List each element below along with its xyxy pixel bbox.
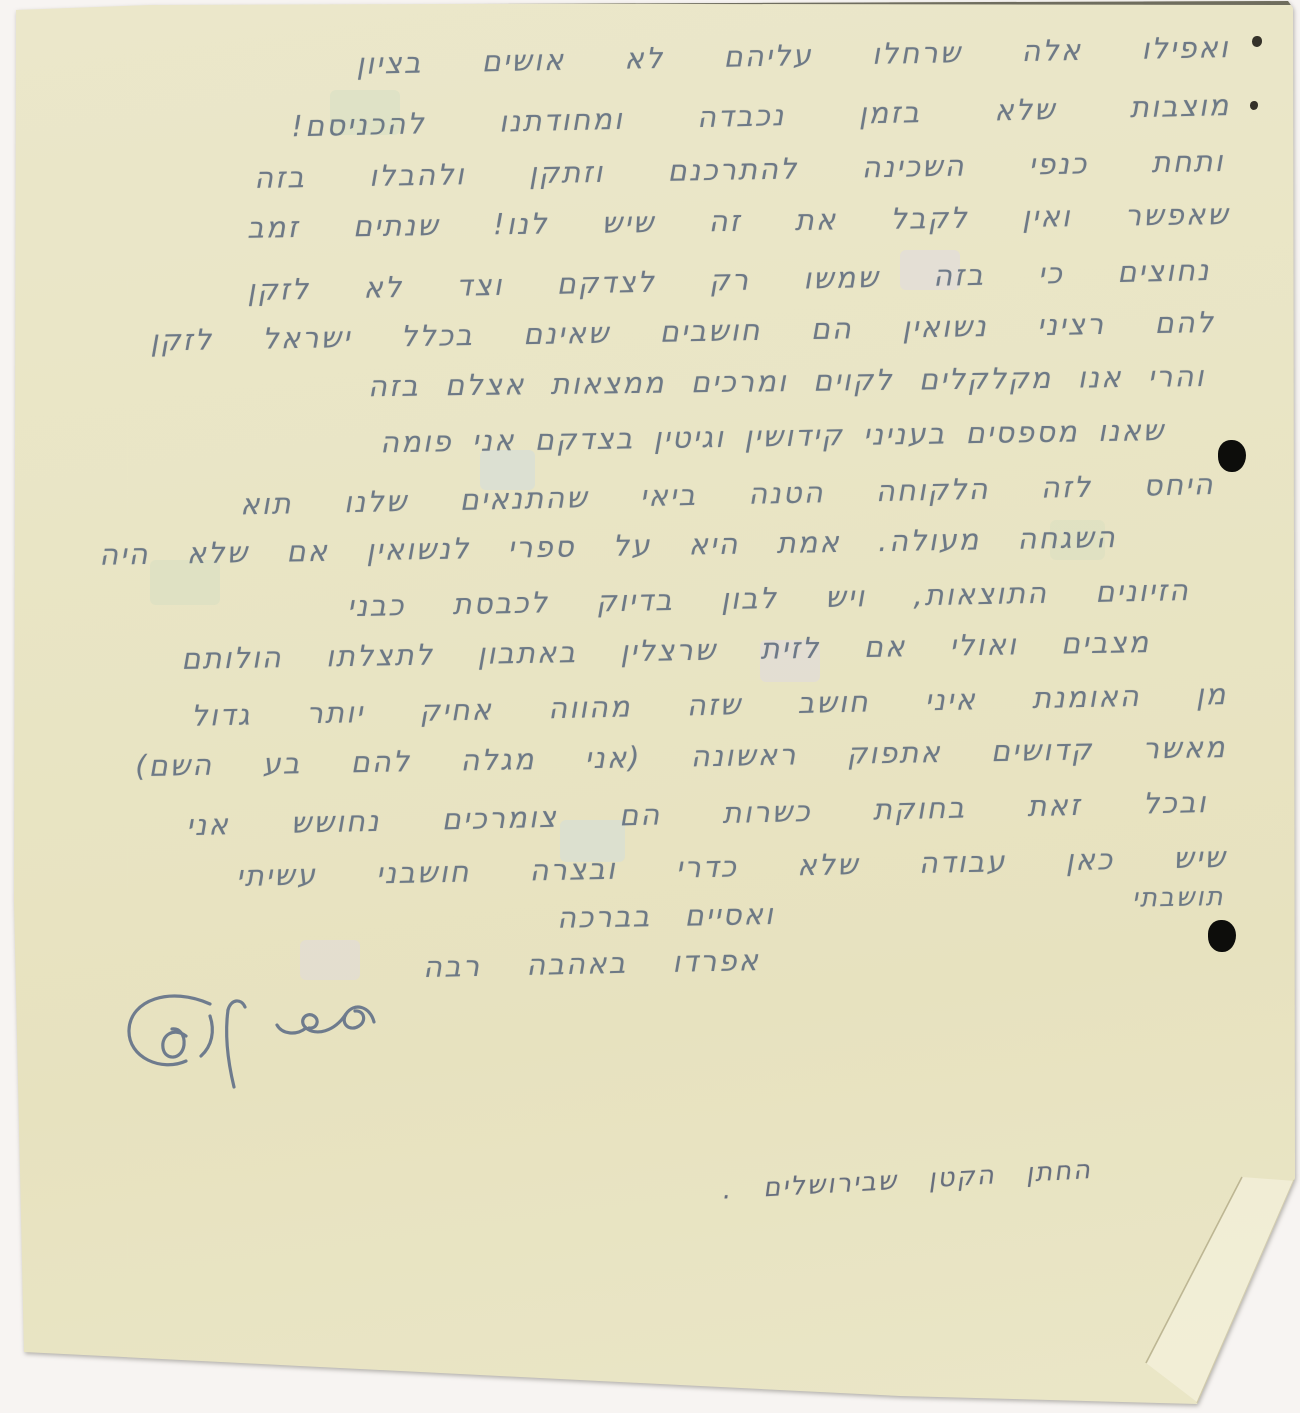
handwriting-line-6: להם רציני נשואין הם חושבים שאינם בכלל יש… (150, 305, 1216, 358)
letter-paper: ואפילו אלה שרחלו עליהם לא אושים בציון מו… (0, 0, 1300, 1413)
postscript-line: החתן הקטן שבירושלים . (722, 1155, 1093, 1206)
scan-edge-line (140, 0, 1300, 5)
handwriting-line-15: ובכל זאת בחוקת כשרות הם צומרכים נחושש אנ… (185, 785, 1207, 842)
handwriting-line-9: היחס לזה הלקוחה הטנה ביאי שהתנאים שלנו ת… (240, 467, 1215, 521)
scanned-letter-page: ואפילו אלה שרחלו עליהם לא אושים בציון מו… (0, 0, 1300, 1413)
handwriting-line-1: ואפילו אלה שרחלו עליהם לא אושים בציון (356, 30, 1230, 81)
handwriting-line-8: שאנו מספסים בעניני קידושין וגיטין בצדקם … (380, 413, 1166, 459)
handwriting-line-2: מוצבות שלא בזמן נכבדה ומחודתנו להכניסם! (291, 88, 1231, 143)
ink-dot (1250, 101, 1258, 110)
hole-punch (1218, 440, 1246, 472)
ink-dot (1252, 36, 1262, 47)
handwriting-line-10: השגחה מעולה. אמת היא על ספרי לנשואין אם … (99, 520, 1117, 572)
handwriting-line-16: שיש כאן עבודה שלא כדרי ובצרה חושבני עשית… (236, 840, 1227, 893)
handwriting-line-13: מן האומנת איני חושב שזה מהווה אחיק יותר … (190, 677, 1227, 733)
handwriting-line-14: מאשר קדושים אתפוק ראשונה (אני מגלה להם ב… (135, 730, 1227, 783)
handwriting-line-12: מצבים ואולי אם לזית שרצלין באתבון לתצלתו… (181, 625, 1151, 676)
handwriting-line-7: והרי אנו מקלקלים לקוים ומרכים ממצאות אצל… (367, 359, 1205, 403)
handwriting-line-17-start: תושבתי (1132, 882, 1225, 914)
scan-artifact (300, 940, 360, 980)
signature (112, 984, 392, 1099)
hole-punch (1208, 920, 1236, 952)
handwriting-line-3: ותחת כנפי השכינה להתרכנם וזתקן ולהבלו בז… (253, 144, 1224, 195)
handwriting-line-4: שאפשר ואין לקבל את זה שיש לנו! שנתים זמב (247, 197, 1230, 245)
farewell-line: אפרדו באהבה רבה (423, 943, 761, 984)
handwriting-line-5: נחוצים כי בזה שמשו רק לצדקם וצד לא לזקן (246, 253, 1210, 307)
paper-shadow: ואפילו אלה שרחלו עליהם לא אושים בציון מו… (0, 0, 1300, 1413)
handwriting-line-11: הזיונים התוצאות, ויש לבון בדיוק לכבסת כב… (347, 573, 1190, 623)
closing-blessing: ואסיים בברכה (557, 897, 775, 935)
